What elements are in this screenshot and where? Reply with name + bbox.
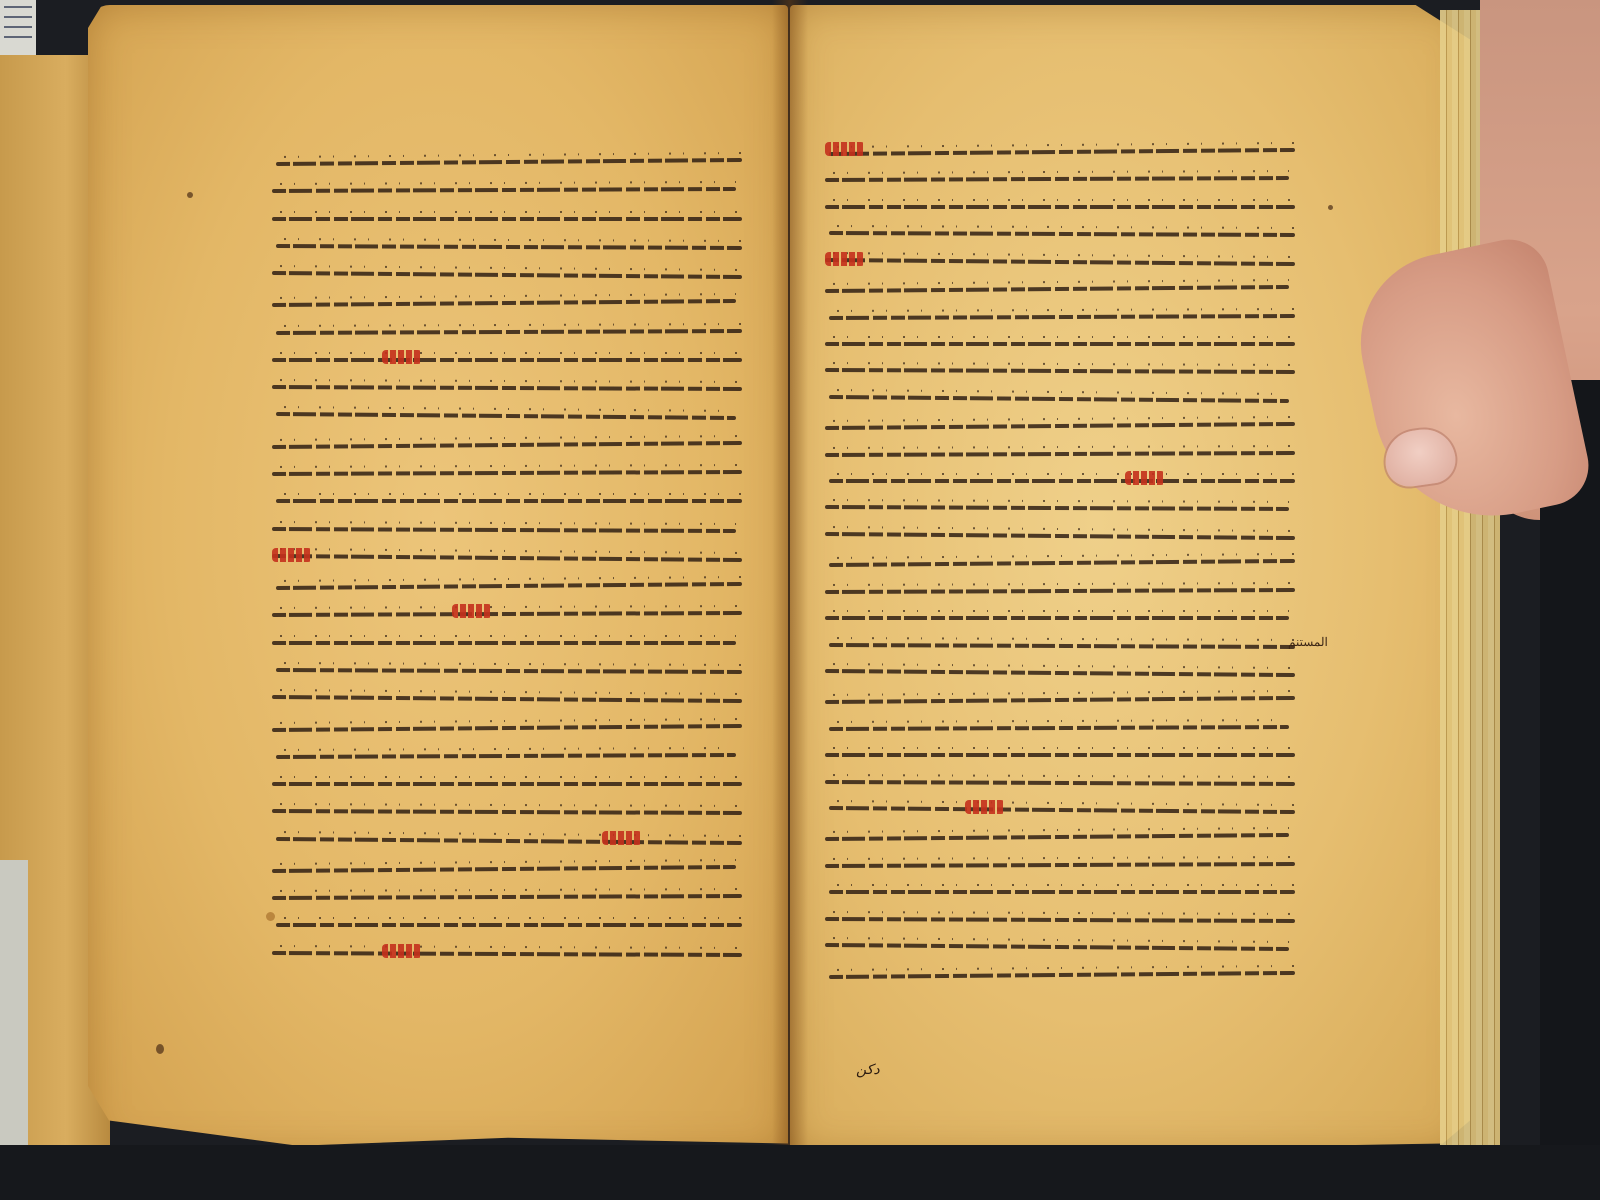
text-line [272,611,742,617]
rubric-mark [1125,471,1165,485]
text-line [276,244,742,250]
text-line [272,554,742,562]
text-line [825,176,1289,182]
stain-spot [266,912,275,921]
text-line [825,862,1295,868]
text-line [272,470,742,476]
right-text-block [825,140,1295,990]
text-line [272,723,742,731]
margin-note: المستنم [1288,635,1328,649]
label-handwriting [4,6,32,8]
text-line [276,329,742,335]
text-line [825,422,1295,430]
text-line [272,299,736,307]
rubric-mark [825,252,865,266]
text-line [272,217,742,221]
text-line [829,231,1295,237]
text-line [276,582,742,590]
text-line [272,865,736,873]
background-label-card [0,0,36,55]
text-line [272,385,742,391]
text-line [825,943,1289,951]
text-line [825,616,1289,620]
left-text-block [272,150,742,970]
text-line [272,641,736,645]
text-line [829,395,1289,403]
text-line [829,479,1295,483]
text-line [272,358,742,362]
text-line [825,532,1295,540]
rubric-mark [382,944,422,958]
text-line [276,412,736,420]
text-line [825,780,1295,786]
rubric-mark [272,548,312,562]
text-line [825,368,1295,374]
text-line [276,499,742,503]
text-line [825,753,1295,757]
rubric-mark [965,800,1005,814]
catchword: دكن [856,1062,880,1078]
text-line [825,505,1289,511]
text-line [272,187,736,193]
text-line [825,669,1295,677]
rubric-mark [452,604,492,618]
text-line [825,696,1295,704]
ink-spot [156,1044,164,1054]
text-line [276,158,742,166]
text-line [272,782,742,786]
ink-spot [1328,205,1333,210]
text-line [276,837,742,845]
text-line [829,148,1295,156]
text-line [276,753,736,759]
text-line [272,271,742,279]
text-line [825,342,1295,346]
text-line [825,833,1289,841]
text-line [276,923,742,927]
text-line [825,205,1295,209]
text-line [825,285,1289,293]
text-line [272,527,736,533]
rubric-mark [382,350,422,364]
text-line [829,313,1295,319]
text-line [825,451,1295,457]
text-line [825,588,1295,594]
rubric-mark [825,142,865,156]
text-line [272,695,742,703]
text-line [829,559,1295,567]
text-line [272,951,742,957]
text-line [272,809,742,815]
text-line [829,971,1295,979]
book-gutter [772,0,808,1160]
manuscript-photo: المستنم دكن وكل من نفي نفي ولما كان الوج… [0,0,1600,1200]
table-surface [0,1145,1600,1200]
text-line [829,806,1295,814]
text-line [272,894,742,900]
text-line [829,725,1289,731]
text-line [825,258,1295,266]
text-line [825,917,1295,923]
text-line [272,441,742,449]
rubric-mark [602,831,642,845]
text-line [829,890,1295,894]
text-line [276,668,742,674]
ink-spot [187,192,193,198]
text-line [829,643,1295,649]
